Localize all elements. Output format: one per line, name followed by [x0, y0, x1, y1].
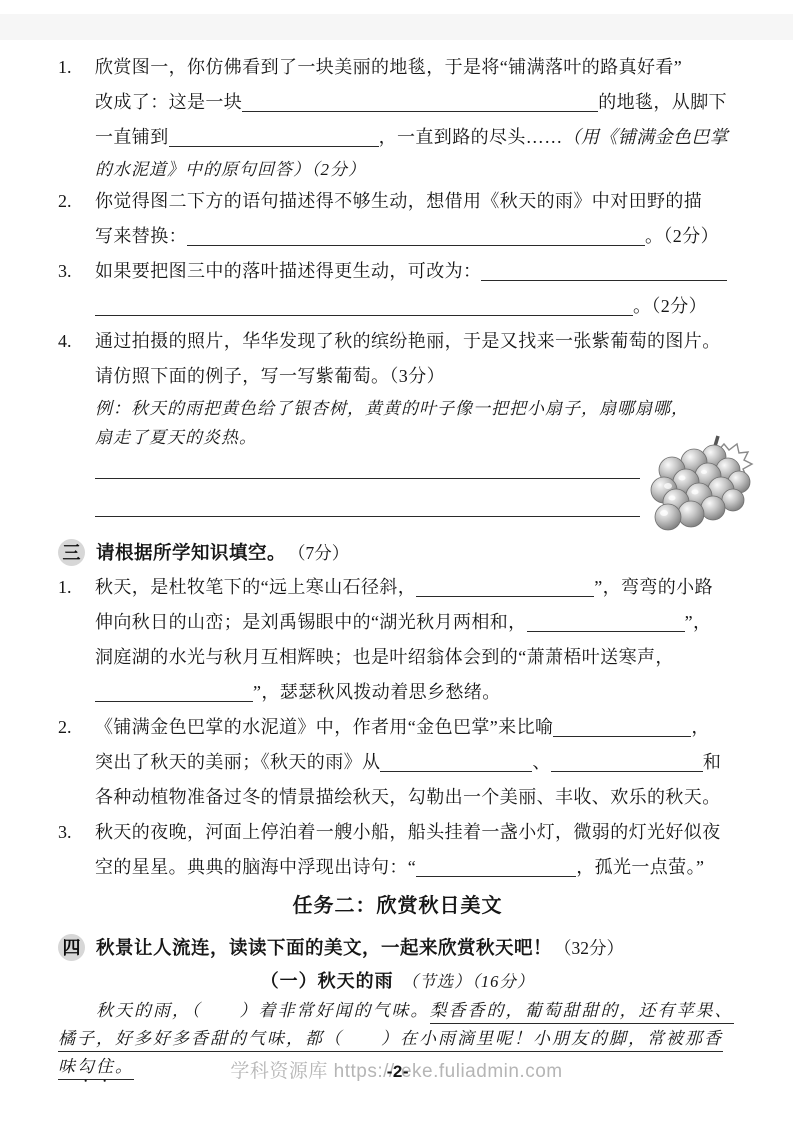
question-body: 你觉得图二下方的语句描述得不够生动，想借用《秋天的雨》中对田野的描写来替换：。（… — [95, 184, 737, 254]
text-line: 欣赏图一，你仿佛看到了一块美丽的地毯，于是将“铺满落叶的路真好看” — [95, 50, 737, 85]
answer-lines — [95, 452, 737, 528]
question-number: 3. — [58, 254, 95, 289]
question-3: 3. 如果要把图三中的落叶描述得更生动，可改为：。（2分） — [58, 254, 737, 324]
text-segment: 欣赏图一，你仿佛看到了一块美丽的地毯，于是将“铺满落叶的路真好看” — [95, 57, 682, 77]
text-line: ”，瑟瑟秋风拨动着思乡愁绪。 — [95, 675, 737, 710]
text-segment: ”， — [685, 612, 712, 632]
text-segment: ， — [691, 717, 709, 737]
text-segment: 梨香香的，葡萄甜甜的，还有苹果、 — [430, 1001, 734, 1024]
question-2: 2. 你觉得图二下方的语句描述得不够生动，想借用《秋天的雨》中对田野的描写来替换… — [58, 184, 737, 254]
text-line: 例：秋天的雨把黄色给了银杏树，黄黄的叶子像一把把小扇子，扇哪扇哪， — [95, 394, 737, 423]
text-segment: （用《铺满金色巴掌 — [563, 127, 729, 147]
section-title: 秋景让人流连，读读下面的美文，一起来欣赏秋天吧！ — [96, 934, 552, 960]
text-line: 橘子，好多好多香甜的气味，都（ ）在小雨滴里呢！小朋友的脚，常被那香 — [58, 1025, 737, 1053]
text-segment: 伸向秋日的山峦；是刘禹锡眼中的“湖光秋月两相和， — [95, 612, 527, 632]
text-segment: 突出了秋天的美丽；《秋天的雨》从 — [95, 752, 380, 772]
question-number: 3. — [58, 815, 95, 850]
question-body: 秋天的夜晚，河面上停泊着一艘小船，船头挂着一盏小灯，微弱的灯光好似夜空的星星。典… — [95, 815, 737, 885]
answer-blank — [169, 126, 379, 147]
question-body: 《铺满金色巴掌的水泥道》中，作者用“金色巴掌”来比喻，突出了秋天的美丽；《秋天的… — [95, 710, 737, 815]
answer-blank — [551, 751, 703, 772]
text-line: 《铺满金色巴掌的水泥道》中，作者用“金色巴掌”来比喻， — [95, 710, 737, 745]
answer-blank — [95, 496, 640, 517]
fill-question-2: 2. 《铺满金色巴掌的水泥道》中，作者用“金色巴掌”来比喻，突出了秋天的美丽；《… — [58, 710, 737, 815]
answer-blank — [527, 611, 685, 632]
answer-blank — [95, 458, 640, 479]
section-marker-badge: 三 — [58, 539, 85, 566]
text-line: 洞庭湖的水光与秋月互相辉映；也是叶绍翁体会到的“萧萧梧叶送寒声， — [95, 640, 737, 675]
watermark: 学科资源库 https://-2-eke.fuliadmin.com — [0, 1056, 793, 1083]
fill-question-1: 1. 秋天，是杜牧笔下的“远上寒山石径斜，”，弯弯的小路伸向秋日的山峦；是刘禹锡… — [58, 570, 737, 710]
answer-blank — [416, 856, 576, 877]
answer-blank — [95, 295, 633, 316]
text-segment: 改成了：这是一块 — [95, 92, 242, 112]
reading-heading: （一）秋天的雨 （节选）（16分） — [58, 965, 737, 997]
task-two-heading: 任务二：欣赏秋日美文 — [58, 889, 737, 923]
question-lines: 通过拍摄的照片，华华发现了秋的缤纷艳丽，于是又找来一张紫葡萄的图片。请仿照下面的… — [95, 324, 737, 452]
text-segment: 、 — [532, 752, 550, 772]
text-segment: 秋天，是杜牧笔下的“远上寒山石径斜， — [95, 577, 416, 597]
text-line: 秋天的雨，（ ）着非常好闻的气味。梨香香的，葡萄甜甜的，还有苹果、 — [58, 997, 737, 1025]
question-body: 通过拍摄的照片，华华发现了秋的缤纷艳丽，于是又找来一张紫葡萄的图片。请仿照下面的… — [95, 324, 737, 528]
text-line: 秋天的夜晚，河面上停泊着一艘小船，船头挂着一盏小灯，微弱的灯光好似夜 — [95, 815, 737, 850]
answer-blank — [553, 716, 691, 737]
answer-blank — [187, 225, 645, 246]
text-line: 你觉得图二下方的语句描述得不够生动，想借用《秋天的雨》中对田野的描 — [95, 184, 737, 219]
grape-illustration — [642, 433, 762, 533]
text-line: 各种动植物准备过冬的情景描绘秋天，勾勒出一个美丽、丰收、欢乐的秋天。 — [95, 780, 737, 815]
text-segment: ，孤光一点萤。” — [576, 857, 704, 877]
text-segment: 通过拍摄的照片，华华发现了秋的缤纷艳丽，于是又找来一张紫葡萄的图片。 — [95, 331, 721, 351]
text-line: 通过拍摄的照片，华华发现了秋的缤纷艳丽，于是又找来一张紫葡萄的图片。 — [95, 324, 737, 359]
text-segment: 《铺满金色巴掌的水泥道》中，作者用“金色巴掌”来比喻 — [95, 717, 553, 737]
text-line: 一直铺到，一直到路的尽头……（用《铺满金色巴掌 — [95, 120, 737, 155]
text-segment: 和 — [703, 752, 721, 772]
text-segment: ”，弯弯的小路 — [594, 577, 713, 597]
page-content: 1. 欣赏图一，你仿佛看到了一块美丽的地毯，于是将“铺满落叶的路真好看”改成了：… — [58, 50, 737, 1081]
text-line: 请仿照下面的例子，写一写紫葡萄。（3分） — [95, 359, 737, 394]
text-segment: 请仿照下面的例子，写一写紫葡萄。（3分） — [95, 366, 445, 386]
text-line: 伸向秋日的山峦；是刘禹锡眼中的“湖光秋月两相和，”， — [95, 605, 737, 640]
watermark-prefix: 学科资源库 https:// — [230, 1061, 394, 1082]
text-line: 写来替换：。（2分） — [95, 219, 737, 254]
question-body: 秋天，是杜牧笔下的“远上寒山石径斜，”，弯弯的小路伸向秋日的山峦；是刘禹锡眼中的… — [95, 570, 737, 710]
question-number: 1. — [58, 50, 95, 85]
reading-title: （一）秋天的雨 — [261, 971, 394, 991]
text-segment: 的水泥道》中的原句回答）（2分） — [95, 160, 366, 179]
question-number: 4. — [58, 324, 95, 359]
question-4: 4. 通过拍摄的照片，华华发现了秋的缤纷艳丽，于是又找来一张紫葡萄的图片。请仿照… — [58, 324, 737, 528]
text-line: 改成了：这是一块的地毯，从脚下 — [95, 85, 737, 120]
text-line: 扇走了夏天的炎热。 — [95, 423, 737, 452]
text-line: 突出了秋天的美丽；《秋天的雨》从、和 — [95, 745, 737, 780]
question-body: 如果要把图三中的落叶描述得更生动，可改为：。（2分） — [95, 254, 737, 324]
section-score: （32分） — [554, 935, 624, 960]
question-body: 欣赏图一，你仿佛看到了一块美丽的地毯，于是将“铺满落叶的路真好看”改成了：这是一… — [95, 50, 737, 184]
text-segment: 扇走了夏天的炎热。 — [95, 428, 257, 447]
answer-blank — [481, 260, 727, 281]
text-segment: ”，瑟瑟秋风拨动着思乡愁绪。 — [253, 682, 501, 702]
text-segment: 秋天的夜晚，河面上停泊着一艘小船，船头挂着一盏小灯，微弱的灯光好似夜 — [95, 822, 721, 842]
text-segment: 例：秋天的雨把黄色给了银杏树，黄黄的叶子像一把把小扇子，扇哪扇哪， — [95, 399, 689, 418]
text-line: 如果要把图三中的落叶描述得更生动，可改为： — [95, 254, 737, 289]
answer-blank — [242, 91, 598, 112]
text-segment: 橘子，好多好多香甜的气味，都（ ）在小雨滴里呢！小朋友的脚，常被那香 — [58, 1029, 723, 1052]
text-segment: 一直铺到 — [95, 127, 169, 147]
section-three-header: 三 请根据所学知识填空。 （7分） — [58, 534, 737, 570]
answer-blank — [380, 751, 532, 772]
answer-blank — [95, 681, 253, 702]
section-four-header: 四 秋景让人流连，读读下面的美文，一起来欣赏秋天吧！ （32分） — [58, 929, 737, 965]
fill-question-3: 3. 秋天的夜晚，河面上停泊着一艘小船，船头挂着一盏小灯，微弱的灯光好似夜空的星… — [58, 815, 737, 885]
text-line — [95, 490, 737, 528]
page-number: -2- — [387, 1062, 409, 1081]
scan-artifact-band — [0, 14, 793, 40]
text-segment: 空的星星。典典的脑海中浮现出诗句：“ — [95, 857, 416, 877]
text-segment: 的地毯，从脚下 — [598, 92, 727, 112]
text-segment: 如果要把图三中的落叶描述得更生动，可改为： — [95, 261, 481, 281]
text-line: 秋天，是杜牧笔下的“远上寒山石径斜，”，弯弯的小路 — [95, 570, 737, 605]
worksheet-page: 1. 欣赏图一，你仿佛看到了一块美丽的地毯，于是将“铺满落叶的路真好看”改成了：… — [0, 0, 793, 1121]
text-segment: 洞庭湖的水光与秋月互相辉映；也是叶绍翁体会到的“萧萧梧叶送寒声， — [95, 647, 674, 667]
section-title: 请根据所学知识填空。 — [96, 539, 286, 565]
question-number: 2. — [58, 710, 95, 745]
text-line: 的水泥道》中的原句回答）（2分） — [95, 155, 737, 184]
watermark-suffix: eke.fuliadmin.com — [401, 1061, 563, 1082]
section-marker-badge: 四 — [58, 934, 85, 961]
question-1: 1. 欣赏图一，你仿佛看到了一块美丽的地毯，于是将“铺满落叶的路真好看”改成了：… — [58, 50, 737, 184]
question-number: 2. — [58, 184, 95, 219]
text-line: 空的星星。典典的脑海中浮现出诗句：“，孤光一点萤。” — [95, 850, 737, 885]
text-segment: 写来替换： — [95, 226, 187, 246]
question-number: 1. — [58, 570, 95, 605]
text-segment: 各种动植物准备过冬的情景描绘秋天，勾勒出一个美丽、丰收、欢乐的秋天。 — [95, 787, 721, 807]
text-line — [95, 452, 737, 490]
text-segment: 。（2分） — [633, 296, 707, 316]
text-segment: 。（2分） — [645, 226, 719, 246]
text-segment: 秋天的雨，（ ）着非常好闻的气味。 — [58, 1001, 430, 1020]
section-score: （7分） — [288, 540, 349, 565]
text-line: 。（2分） — [95, 289, 737, 324]
answer-blank — [416, 576, 594, 597]
text-segment: ，一直到路的尽头…… — [379, 127, 563, 147]
reading-subtitle: （节选）（16分） — [402, 972, 535, 991]
text-segment: 你觉得图二下方的语句描述得不够生动，想借用《秋天的雨》中对田野的描 — [95, 191, 702, 211]
